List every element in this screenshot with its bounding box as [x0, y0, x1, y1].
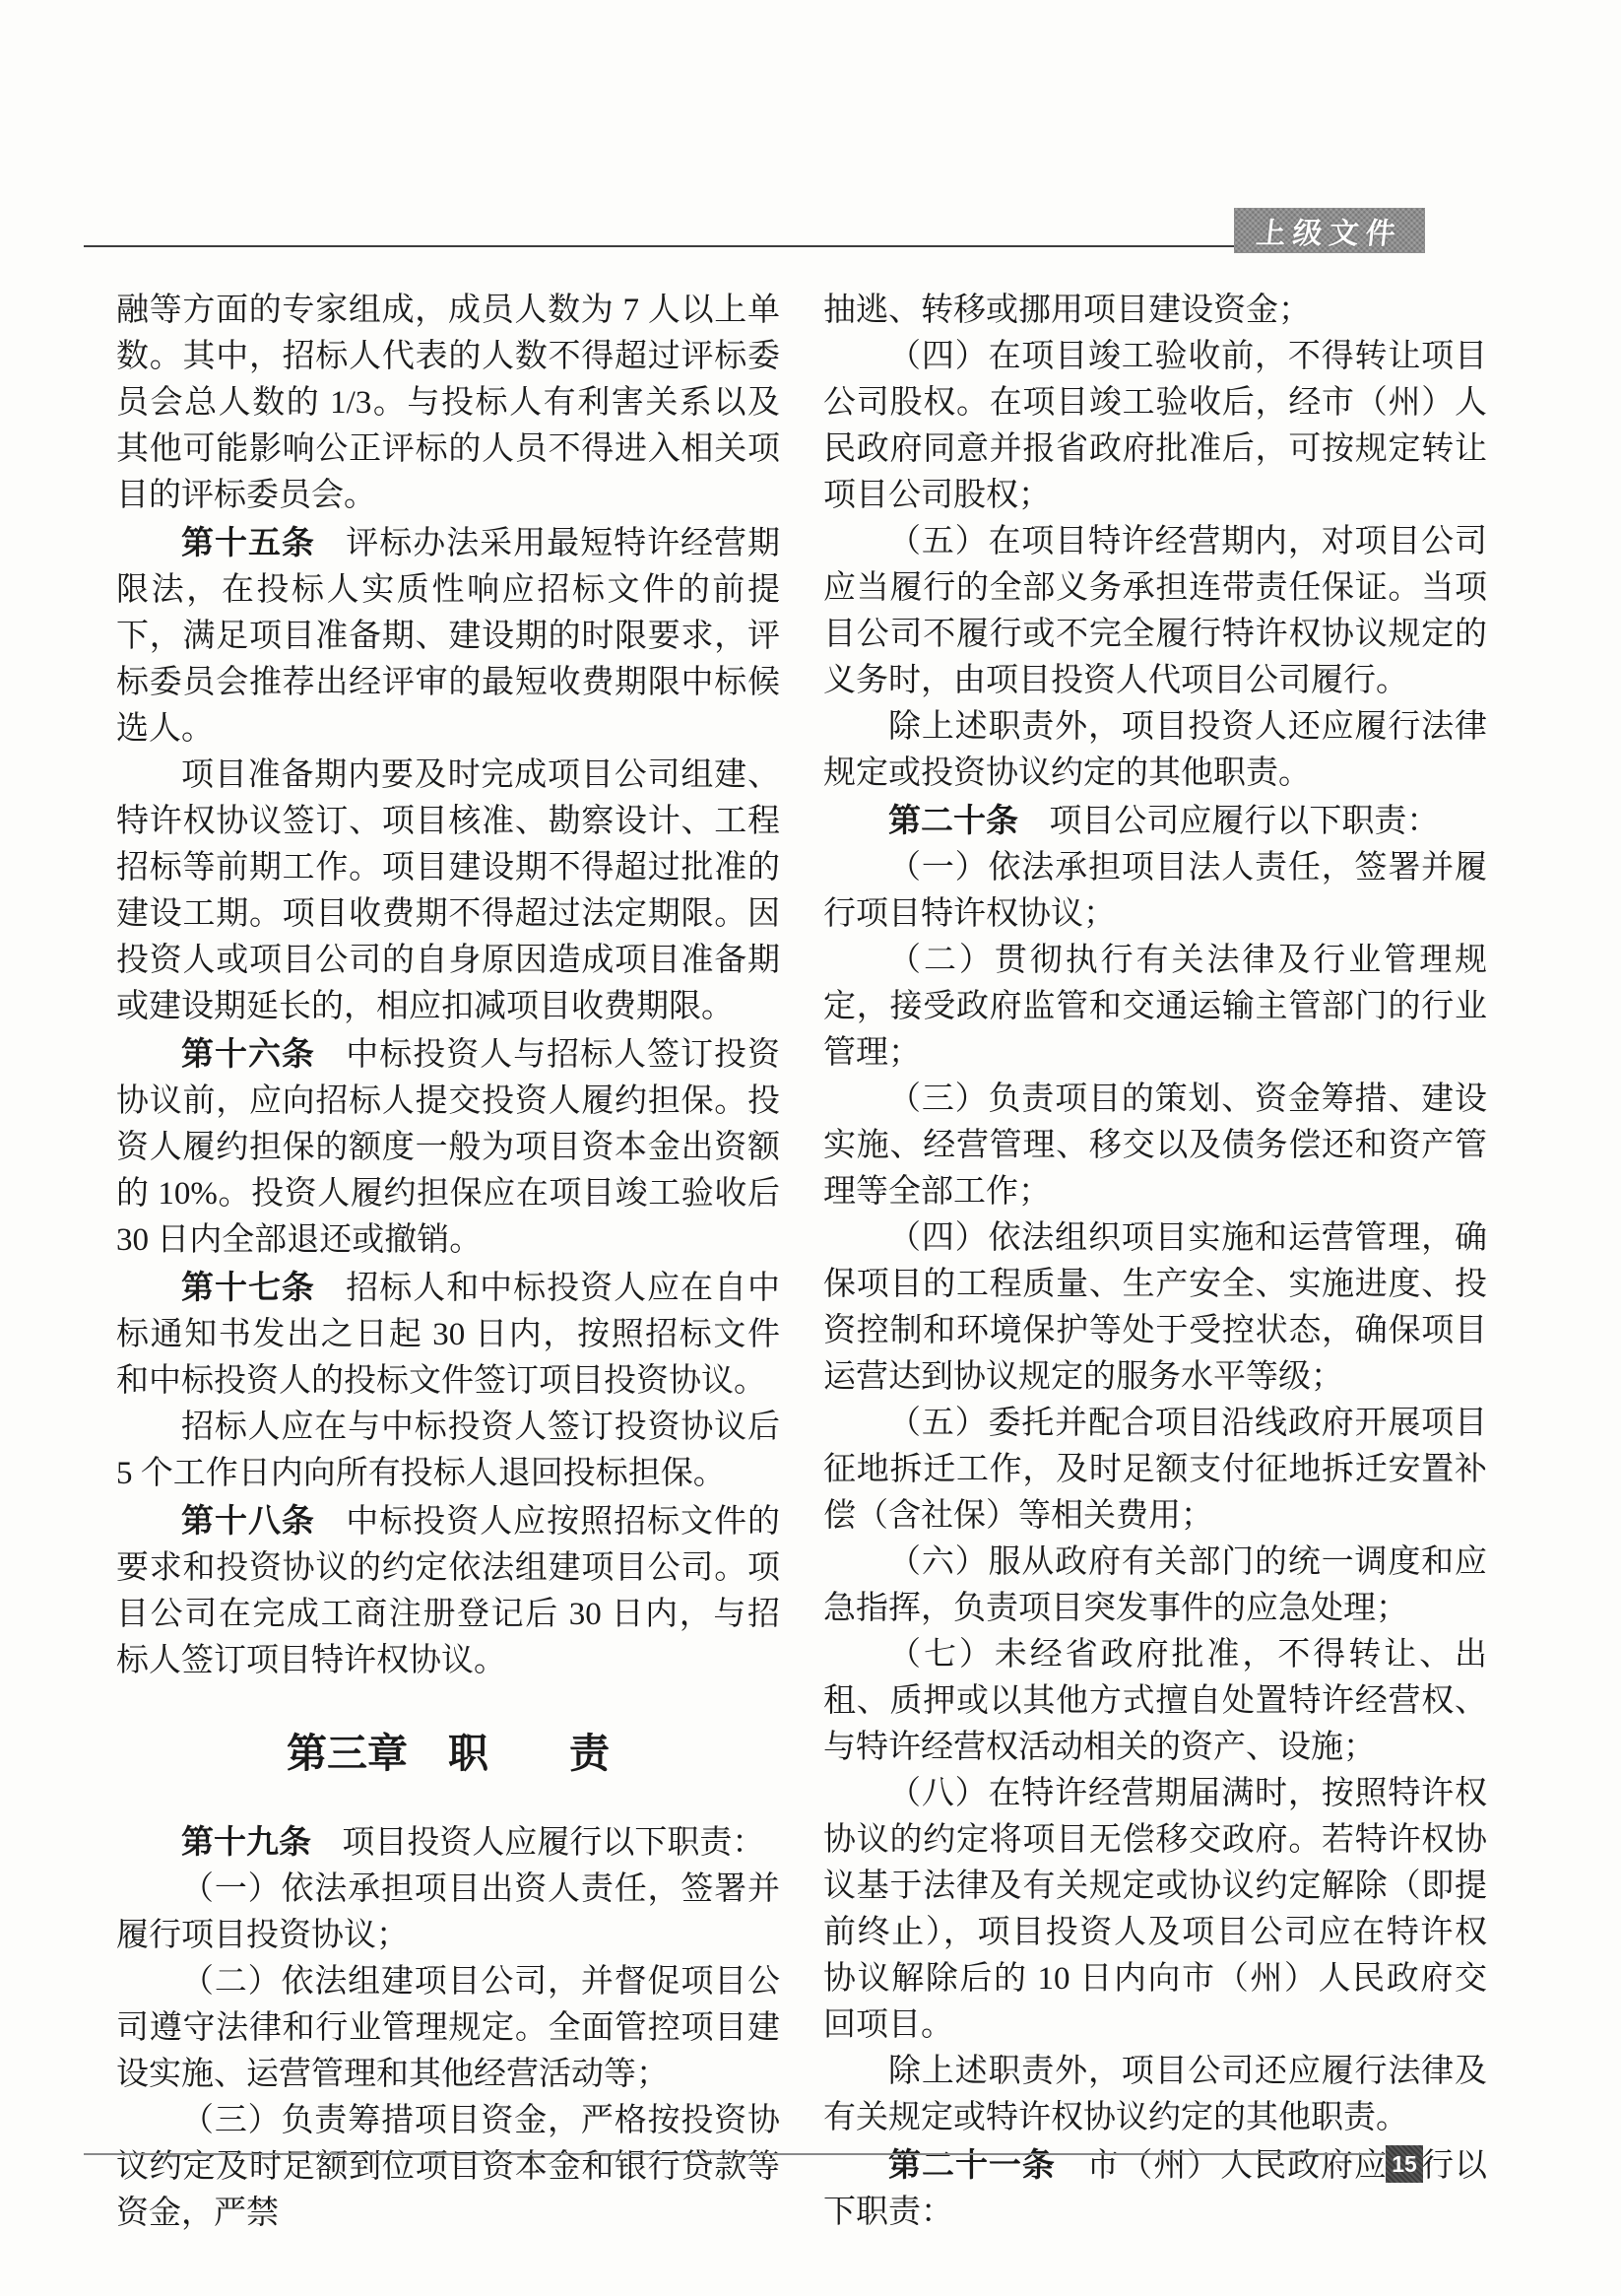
paragraph-article-16: 第十六条中标投资人与招标人签订投资协议前，应向招标人提交投资人履约担保。投资人履… — [116, 1030, 780, 1264]
footer-rule — [84, 2153, 1384, 2155]
paragraph-item-7: （七）未经省政府批准，不得转让、出租、质押或以其他方式擅自处置特许经营权、与特许… — [823, 1632, 1487, 1771]
header-rule — [84, 245, 1236, 247]
page-number: 15 — [1392, 2151, 1417, 2178]
paragraph-article-18: 第十八条中标投资人应按照招标文件的要求和投资协议的约定依法组建项目公司。项目公司… — [116, 1497, 780, 1684]
article-number: 第二十一条 — [888, 2146, 1056, 2183]
paragraph-item-4b: （四）依法组织项目实施和运营管理，确保项目的工程质量、生产安全、实施进度、投资控… — [823, 1215, 1487, 1401]
left-column: 融等方面的专家组成，成员人数为 7 人以上单数。其中，招标人代表的人数不得超过评… — [116, 288, 780, 2237]
document-body: 融等方面的专家组成，成员人数为 7 人以上单数。其中，招标人代表的人数不得超过评… — [116, 288, 1487, 2237]
paragraph-article-17: 第十七条招标人和中标投资人应在自中标通知书发出之日起 30 日内，按照招标文件和… — [116, 1264, 780, 1405]
page-number-badge: 15 — [1386, 2145, 1423, 2183]
paragraph-item-4: （四）在项目竣工验收前，不得转让项目公司股权。在项目竣工验收后，经市（州）人民政… — [823, 334, 1487, 519]
paragraph: 抽逃、转移或挪用项目建设资金； — [823, 288, 1487, 334]
article-number: 第十五条 — [181, 524, 315, 560]
article-number: 第二十条 — [888, 802, 1018, 838]
paragraph-item-3: （三）负责项目的策划、资金筹措、建设实施、经营管理、移交以及债务偿还和资产管理等… — [823, 1077, 1487, 1215]
article-number: 第十六条 — [181, 1035, 315, 1072]
paragraph: 融等方面的专家组成，成员人数为 7 人以上单数。其中，招标人代表的人数不得超过评… — [116, 288, 780, 519]
paragraph-item-5b: （五）委托并配合项目沿线政府开展项目征地拆迁工作，及时足额支付征地拆迁安置补偿（… — [823, 1401, 1487, 1540]
article-number: 第十七条 — [181, 1269, 315, 1305]
paragraph: 除上述职责外，项目投资人还应履行法律规定或投资协议约定的其他职责。 — [823, 704, 1487, 797]
paragraph-article-19: 第十九条项目投资人应履行以下职责： — [116, 1818, 780, 1867]
paragraph-item-2: （二）依法组建项目公司，并督促项目公司遵守法律和行业管理规定。全面管控项目建设实… — [116, 1959, 780, 2098]
paragraph-item-5: （五）在项目特许经营期内，对项目公司应当履行的全部义务承担连带责任保证。当项目公… — [823, 519, 1487, 704]
document-page: 上级文件 融等方面的专家组成，成员人数为 7 人以上单数。其中，招标人代表的人数… — [0, 0, 1621, 2296]
paragraph: 除上述职责外，项目公司还应履行法律及有关规定或特许权协议约定的其他职责。 — [823, 2049, 1487, 2141]
paragraph-item-6: （六）服从政府有关部门的统一调度和应急指挥，负责项目突发事件的应急处理； — [823, 1540, 1487, 1632]
paragraph: 招标人应在与中标投资人签订投资协议后 5 个工作日内向所有投标人退回投标担保。 — [116, 1405, 780, 1497]
header-badge-label: 上级文件 — [1255, 209, 1405, 252]
paragraph-article-20: 第二十条项目公司应履行以下职责： — [823, 797, 1487, 845]
paragraph-item-2: （二）贯彻执行有关法律及行业管理规定，接受政府监管和交通运输主管部门的行业管理； — [823, 938, 1487, 1077]
chapter-heading: 第三章 职 责 — [116, 1728, 780, 1779]
paragraph-item-3: （三）负责筹措项目资金，严格按投资协议约定及时足额到位项目资本金和银行贷款等资金… — [116, 2098, 780, 2237]
article-number: 第十八条 — [181, 1502, 315, 1539]
right-column: 抽逃、转移或挪用项目建设资金； （四）在项目竣工验收前，不得转让项目公司股权。在… — [823, 288, 1487, 2237]
paragraph-article-15: 第十五条评标办法采用最短特许经营期限法，在投标人实质性响应招标文件的前提下，满足… — [116, 519, 780, 753]
paragraph-item-8: （八）在特许经营期届满时，按照特许权协议的约定将项目无偿移交政府。若特许权协议基… — [823, 1771, 1487, 2049]
paragraph: 项目准备期内要及时完成项目公司组建、特许权协议签订、项目核准、勘察设计、工程招标… — [116, 753, 780, 1030]
paragraph-item-1: （一）依法承担项目法人责任，签署并履行项目特许权协议； — [823, 845, 1487, 938]
article-number: 第十九条 — [181, 1823, 311, 1860]
header-badge: 上级文件 — [1234, 208, 1425, 253]
paragraph-item-1: （一）依法承担项目出资人责任，签署并履行项目投资协议； — [116, 1867, 780, 1959]
